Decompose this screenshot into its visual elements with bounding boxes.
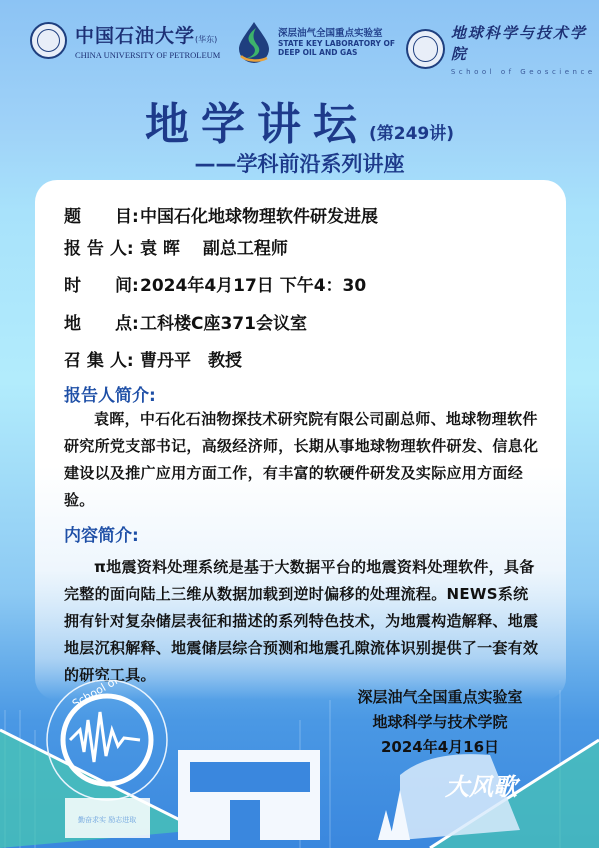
university-seal-icon	[30, 22, 67, 59]
title-main: 地学讲坛	[145, 88, 369, 152]
abstract-text: π地震资料处理系统是基于大数据平台的地震资料处理软件，具备完整的面向陆上三维从数…	[64, 554, 542, 689]
lecture-title: 地学讲坛(第249讲)	[0, 88, 599, 152]
detail-host: 召 集 人:曹丹平 教授	[64, 346, 242, 371]
detail-speaker: 报 告 人:袁 晖 副总工程师	[64, 234, 288, 259]
school-name-en: School of Geoscience	[451, 68, 599, 76]
lab-name-en-1: STATE KEY LABORATORY OF	[278, 39, 395, 48]
oil-drop-logo-icon	[236, 20, 272, 62]
upc-logo: 中国石油大学(华东) CHINA UNIVERSITY OF PETROLEUM	[30, 21, 220, 60]
signature-date: 2024年4月16日	[340, 735, 540, 760]
speaker-bio-text: 袁晖，中石化石油物探技术研究院有限公司副总师、地球物理软件研究所党支部书记，高级…	[64, 406, 542, 514]
speaker-bio-heading: 报告人简介:	[64, 381, 156, 406]
lecture-number: (第249讲)	[369, 124, 454, 144]
abstract-heading: 内容简介:	[64, 521, 139, 546]
upc-name-en: CHINA UNIVERSITY OF PETROLEUM	[75, 50, 220, 60]
school-logo: 地球科学与技术学院 School of Geoscience	[406, 22, 599, 76]
svg-text:勤奋求实 励志进取: 勤奋求实 励志进取	[78, 815, 136, 824]
signature-org2: 地球科学与技术学院	[340, 710, 540, 735]
lab-name-cn: 深层油气全国重点实验室	[278, 25, 395, 39]
header-logos: 中国石油大学(华东) CHINA UNIVERSITY OF PETROLEUM…	[0, 0, 599, 80]
lab-name-en-2: DEEP OIL AND GAS	[278, 48, 395, 57]
upc-name-cn: 中国石油大学	[75, 25, 195, 47]
signature-org1: 深层油气全国重点实验室	[340, 685, 540, 710]
detail-time: 时 间:2024年4月17日 下午4：30	[64, 271, 366, 296]
school-name-cn: 地球科学与技术学院	[451, 22, 599, 64]
svg-text:School of Geosciences: School of Geosciences	[70, 680, 183, 711]
lab-logo: 深层油气全国重点实验室 STATE KEY LABORATORY OF DEEP…	[236, 20, 395, 62]
lecture-subtitle: ——学科前沿系列讲座	[0, 148, 599, 178]
svg-text:大风歌: 大风歌	[445, 772, 521, 801]
geoscience-seal-icon	[406, 29, 445, 69]
geoscience-emblem-icon	[47, 680, 167, 800]
lecture-poster: 中国石油大学(华东) CHINA UNIVERSITY OF PETROLEUM…	[0, 0, 599, 848]
detail-location: 地 点:工科楼C座371会议室	[64, 309, 307, 334]
upc-campus: (华东)	[195, 35, 217, 44]
detail-topic: 题 目:中国石化地球物理软件研发进展	[64, 202, 378, 227]
